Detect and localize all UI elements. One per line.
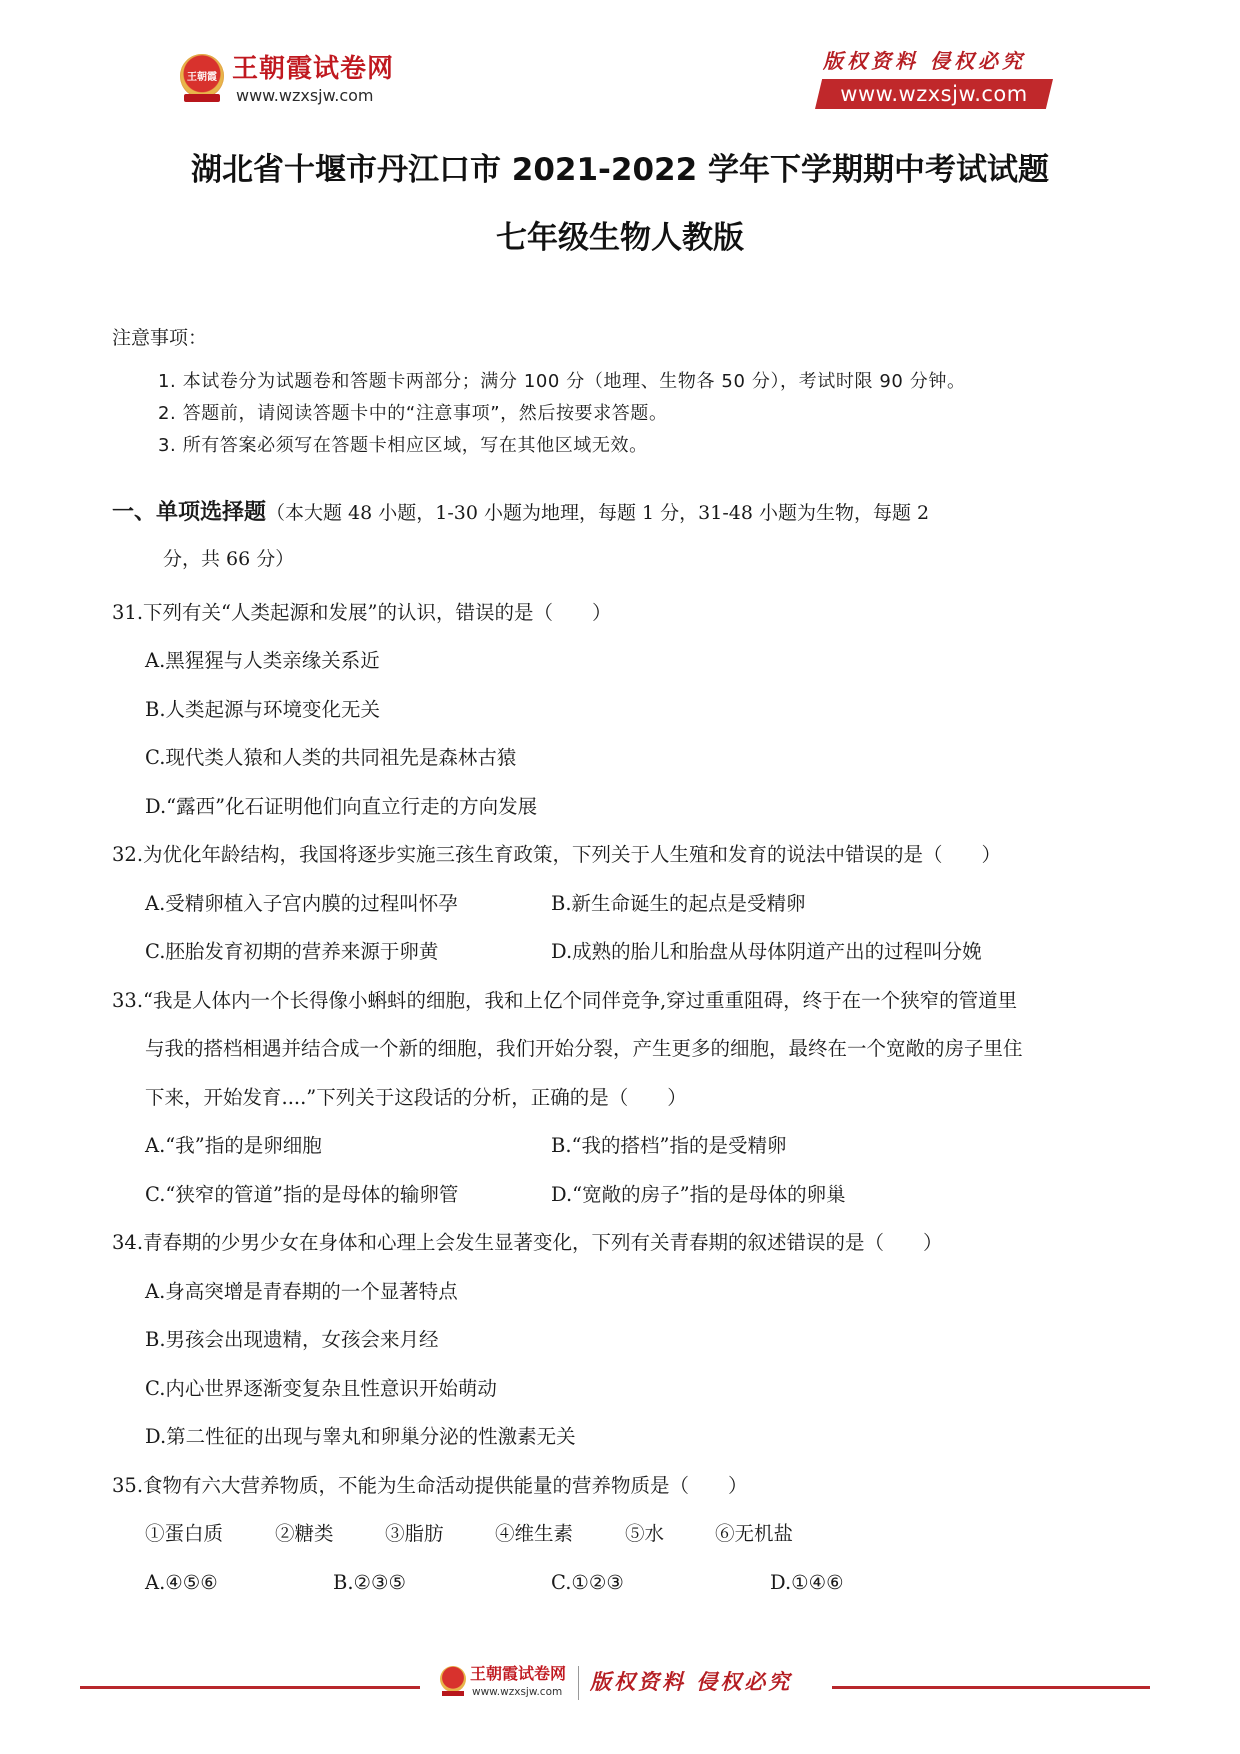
option-b: B.②③⑤ bbox=[333, 1570, 406, 1596]
option-a: A.黑猩猩与人类亲缘关系近 bbox=[145, 648, 380, 674]
question-stem: 34.青春期的少男少女在身体和心理上会发生显著变化，下列有关青春期的叙述错误的是… bbox=[112, 1230, 943, 1256]
footer-logo: 王朝霞试卷网 www.wzxsjw.com 版权资料 侵权必究 bbox=[440, 1664, 820, 1710]
footer-separator bbox=[578, 1666, 579, 1700]
section-desc-cont: 分，共 66 分） bbox=[163, 546, 294, 572]
section-header: 一、单项选择题（本大题 48 小题，1-30 小题为地理，每题 1 分，31-4… bbox=[112, 500, 929, 526]
site-logo: 王朝霞 王朝霞试卷网 www.wzxsjw.com bbox=[180, 50, 420, 114]
nutrient-item: ⑤水 bbox=[625, 1521, 664, 1547]
option-d: D.“露西”化石证明他们向直立行走的方向发展 bbox=[145, 794, 537, 820]
option-a: A.身高突增是青春期的一个显著特点 bbox=[145, 1279, 458, 1305]
section-desc: （本大题 48 小题，1-30 小题为地理，每题 1 分，31-48 小题为生物… bbox=[266, 502, 929, 524]
footer-divider-right bbox=[832, 1686, 1150, 1689]
copyright-text: 版权资料 侵权必究 bbox=[823, 48, 1063, 74]
nutrient-item: ⑥无机盐 bbox=[715, 1521, 793, 1547]
option-c: C.胚胎发育初期的营养来源于卵黄 bbox=[145, 939, 438, 965]
badge-text: 王朝霞 bbox=[180, 68, 224, 83]
option-d: D.成熟的胎儿和胎盘从母体阴道产出的过程叫分娩 bbox=[551, 939, 982, 965]
footer-logo-url: www.wzxsjw.com bbox=[472, 1685, 562, 1699]
notice-item: 2. 答题前，请阅读答题卡中的“注意事项”，然后按要求答题。 bbox=[158, 402, 668, 426]
question-stem: 32.为优化年龄结构，我国将逐步实施三孩生育政策，下列关于人生殖和发育的说法中错… bbox=[112, 842, 1001, 868]
footer-logo-name: 王朝霞试卷网 bbox=[470, 1664, 566, 1684]
nutrient-item: ④维生素 bbox=[495, 1521, 573, 1547]
logo-url: www.wzxsjw.com bbox=[236, 86, 373, 106]
option-a: A.受精卵植入子宫内膜的过程叫怀孕 bbox=[145, 891, 458, 917]
option-d: D.①④⑥ bbox=[770, 1570, 844, 1596]
option-a: A.④⑤⑥ bbox=[145, 1570, 218, 1596]
question-stem: 31.下列有关“人类起源和发展”的认识，错误的是（ ） bbox=[112, 600, 611, 626]
emblem-badge-icon: 王朝霞 bbox=[180, 54, 224, 104]
footer-copyright: 版权资料 侵权必究 bbox=[590, 1668, 792, 1696]
nutrient-item: ②糖类 bbox=[275, 1521, 334, 1547]
option-c: C.现代类人猿和人类的共同祖先是森林古猿 bbox=[145, 745, 516, 771]
emblem-badge-icon bbox=[440, 1666, 466, 1692]
option-c: C.①②③ bbox=[551, 1570, 624, 1596]
page-title: 湖北省十堰市丹江口市 2021-2022 学年下学期期中考试试题 bbox=[0, 150, 1240, 190]
footer-divider-left bbox=[80, 1686, 420, 1689]
question-stem: 35.食物有六大营养物质，不能为生命活动提供能量的营养物质是（ ） bbox=[112, 1473, 748, 1499]
section-title: 一、单项选择题 bbox=[112, 500, 266, 525]
option-d: D.第二性征的出现与睾丸和卵巢分泌的性激素无关 bbox=[145, 1424, 576, 1450]
logo-name: 王朝霞试卷网 bbox=[232, 54, 394, 84]
copyright-banner: 版权资料 侵权必究 www.wzxsjw.com bbox=[815, 48, 1060, 114]
option-c: C.内心世界逐渐变复杂且性意识开始萌动 bbox=[145, 1376, 497, 1402]
question-stem: 33.“我是人体内一个长得像小蝌蚪的细胞，我和上亿个同伴竞争,穿过重重阻碍，终于… bbox=[112, 988, 1017, 1014]
option-b: B.男孩会出现遗精，女孩会来月经 bbox=[145, 1327, 439, 1353]
page-subtitle: 七年级生物人教版 bbox=[0, 218, 1240, 258]
option-d: D.“宽敞的房子”指的是母体的卵巢 bbox=[551, 1182, 846, 1208]
option-b: B.“我的搭档”指的是受精卵 bbox=[551, 1133, 786, 1159]
notice-heading: 注意事项： bbox=[112, 326, 207, 350]
nutrient-item: ③脂肪 bbox=[385, 1521, 444, 1547]
question-stem-cont: 与我的搭档相遇并结合成一个新的细胞，我们开始分裂，产生更多的细胞，最终在一个宽敞… bbox=[145, 1036, 1023, 1062]
nutrient-item: ①蛋白质 bbox=[145, 1521, 223, 1547]
option-b: B.新生命诞生的起点是受精卵 bbox=[551, 891, 806, 917]
option-a: A.“我”指的是卵细胞 bbox=[145, 1133, 322, 1159]
notice-item: 1. 本试卷分为试题卷和答题卡两部分；满分 100 分（地理、生物各 50 分）… bbox=[158, 370, 966, 394]
option-b: B.人类起源与环境变化无关 bbox=[145, 697, 380, 723]
option-c: C.“狭窄的管道”指的是母体的输卵管 bbox=[145, 1182, 458, 1208]
copyright-url: www.wzxsjw.com bbox=[815, 79, 1053, 109]
question-stem-cont: 下来，开始发育....”下列关于这段话的分析，正确的是（ ） bbox=[145, 1085, 687, 1111]
notice-item: 3. 所有答案必须写在答题卡相应区域，写在其他区域无效。 bbox=[158, 434, 648, 458]
